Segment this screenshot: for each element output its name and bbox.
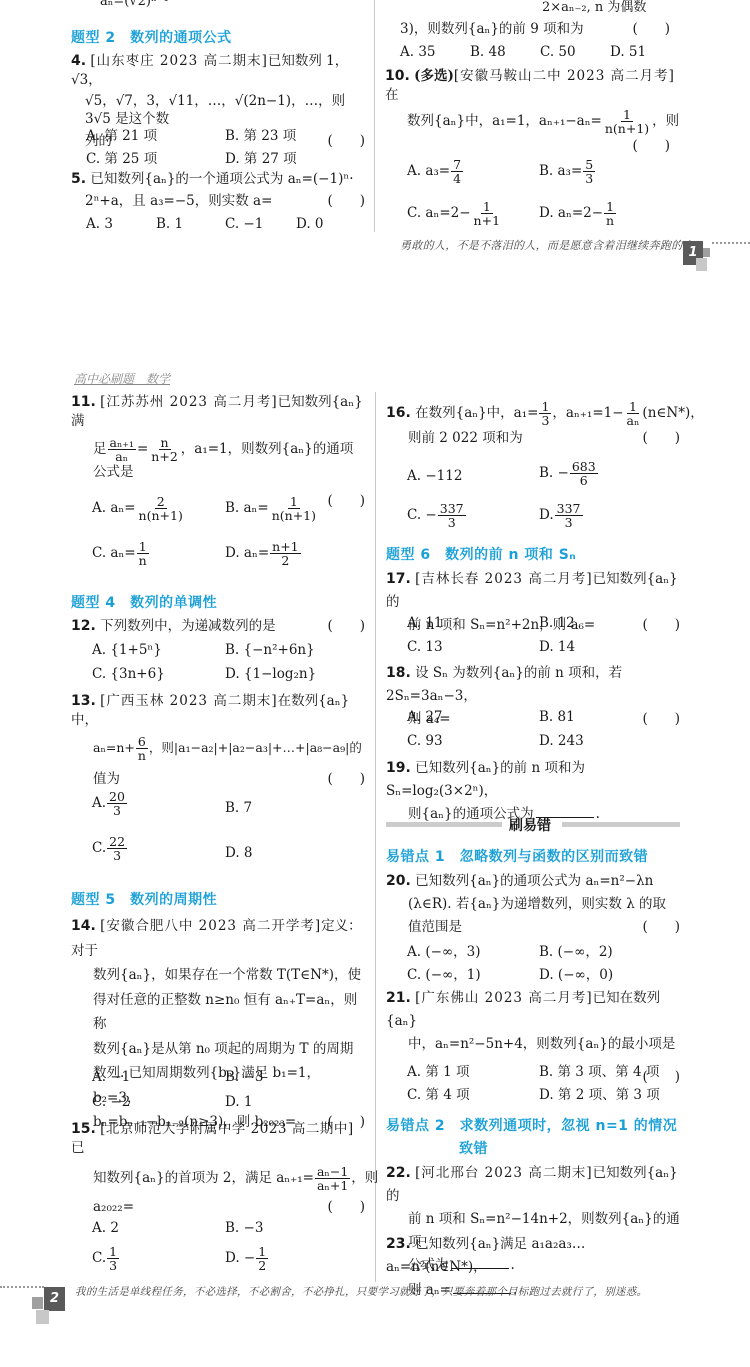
question-source: [安徽合肥八中 2023 高二开学考] xyxy=(100,918,321,934)
question-text: 知数列{aₙ}的首项为 2，满足 aₙ₊₁=aₙ−1aₙ+1，则 xyxy=(71,1165,365,1192)
option-a: A. (−∞，3) xyxy=(407,940,481,960)
q9-piecewise-fragment: 2×aₙ₋₂, n 为偶数 xyxy=(542,0,646,15)
question-text: (λ∈R). 若{aₙ}为递增数列，则实数 λ 的取 xyxy=(386,893,680,916)
option-c: C. aₙ=1n xyxy=(92,540,150,567)
option-a: A. a₃=74 xyxy=(407,158,464,185)
option-b: B. −6836 xyxy=(539,460,599,487)
section-type4-title: 题型 4 数列的单调性 xyxy=(71,592,217,612)
question-12: 12. 下列数列中，为递减数列的是( ) xyxy=(71,617,365,636)
question-number: 12. xyxy=(71,618,96,634)
option-b: B. 48 xyxy=(470,44,506,60)
answer-paren: ( ) xyxy=(327,192,365,210)
error-point-2-title-cont: 致错 xyxy=(459,1138,488,1158)
option-a: A. aₙ=2n(n+1) xyxy=(92,495,186,522)
option-a: A. −112 xyxy=(407,468,462,484)
option-c: C. 93 xyxy=(407,733,443,749)
answer-paren: ( ) xyxy=(327,132,365,150)
option-d: D. −12 xyxy=(225,1245,269,1272)
option-b: B. 第 3 项、第 4 项 xyxy=(539,1060,659,1080)
question-text: 数列{aₙ}是从第 n₀ 项起的周期为 T 的周期 xyxy=(71,1037,365,1062)
dotted-rule xyxy=(712,242,750,244)
question-number: 15. xyxy=(71,1121,96,1137)
option-c: C.13 xyxy=(92,1245,120,1272)
option-c: C. −1 xyxy=(225,216,263,232)
decorative-square xyxy=(36,1310,49,1324)
question-text: 值为 xyxy=(93,771,120,787)
option-d: D. 第 2 项、第 3 项 xyxy=(539,1083,660,1103)
decorative-square xyxy=(32,1297,43,1309)
question-number: 17. xyxy=(386,571,411,587)
option-b: B. 第 23 项 xyxy=(225,124,296,144)
option-a: A. {1+5ⁿ} xyxy=(92,642,162,658)
option-c: C. {3n+6} xyxy=(92,666,165,682)
option-b: B. aₙ=1n(n+1) xyxy=(225,495,319,522)
question-text: 3)，则数列{aₙ}的前 9 项和为 xyxy=(400,21,584,37)
option-a: A.203 xyxy=(92,790,128,817)
option-b: B. −3 xyxy=(225,1220,263,1236)
answer-paren: ( ) xyxy=(642,429,680,447)
question-source: [广西玉林 2023 高二期末] xyxy=(100,693,277,709)
question-number: 19. xyxy=(386,760,411,776)
option-b: B. 7 xyxy=(225,800,252,816)
answer-paren: ( ) xyxy=(327,492,365,510)
question-text: 已知数列{aₙ}满足 a₁a₂a₃…aₙ=n²(n∈N*)， xyxy=(386,1236,585,1275)
section-type6-title: 题型 6 数列的前 n 项和 Sₙ xyxy=(386,544,576,564)
question-text: 已知数列{aₙ}的一个通项公式为 aₙ=(−1)ⁿ· xyxy=(90,171,353,187)
question-text: 已 xyxy=(71,1140,85,1156)
error-point-2-title: 易错点 2 求数列通项时，忽视 n=1 的情况 xyxy=(386,1115,677,1135)
option-d: D. 14 xyxy=(539,639,575,655)
question-text: 值范围是 xyxy=(408,919,462,935)
dotted-rule xyxy=(0,1286,44,1288)
option-d: D. 51 xyxy=(610,44,646,60)
option-c: C.223 xyxy=(92,835,128,862)
question-source: [安徽马鞍山二中 2023 高二月考] xyxy=(454,68,675,84)
question-5: 5. 已知数列{aₙ}的一个通项公式为 aₙ=(−1)ⁿ· 2ⁿ+a，且 a₃=… xyxy=(71,170,365,210)
page-number: 2 xyxy=(44,1287,65,1311)
question-text: 数列{aₙ}中，a₁=1，aₙ₊₁−aₙ=1n(n+1)，则 xyxy=(385,108,680,135)
option-c: C. 第 4 项 xyxy=(407,1083,470,1103)
question-text: 数列{aₙ}，如果存在一个常数 T(T∈N*)，使 xyxy=(71,963,365,988)
question-text: 得对任意的正整数 n≥n₀ 恒有 aₙ₊T=aₙ，则称 xyxy=(71,988,365,1037)
question-number: 5. xyxy=(71,171,86,187)
decorative-square xyxy=(696,258,707,271)
option-a: A. 3 xyxy=(86,216,113,232)
question-source: [吉林长春 2023 高二月考] xyxy=(415,571,592,587)
question-text: 已知数列{aₙ}的通项公式为 aₙ=n²−λn xyxy=(415,873,653,889)
option-b: B. a₃=53 xyxy=(539,158,596,185)
option-c: C. 13 xyxy=(407,639,443,655)
page-2-motto: 我的生活是单线程任务，不必选择，不必割舍，不必挣扎，只要学习就好了，只要奔着那个… xyxy=(75,1284,647,1299)
question-number: 20. xyxy=(386,873,411,889)
option-a: A. 2 xyxy=(92,1220,119,1236)
divider-bar-left xyxy=(386,822,502,827)
option-d: D. (−∞，0) xyxy=(539,963,613,983)
option-c: C. aₙ=2−1n+1 xyxy=(407,200,503,227)
option-d: D. aₙ=2−1n xyxy=(539,200,617,227)
question-number: 22. xyxy=(386,1165,411,1181)
answer-paren: ( ) xyxy=(642,916,680,939)
answer-paren: ( ) xyxy=(327,770,365,788)
option-c: C. (−∞，1) xyxy=(407,963,481,983)
q3-tail-formula: aₙ=(√2)ⁿ⁻¹ xyxy=(100,0,169,9)
question-text: 已知数列{aₙ}的前 n 项和为 Sₙ=log₂(3×2ⁿ)， xyxy=(386,760,585,799)
question-text: 则前 2 022 项和为 xyxy=(408,430,523,446)
question-number: 4. xyxy=(71,53,86,69)
option-a: A. 35 xyxy=(400,44,436,60)
section-divider-title: 刷易错 xyxy=(509,815,551,835)
column-divider xyxy=(374,0,375,232)
option-b: B. (−∞，2) xyxy=(539,940,613,960)
question-number: 23. xyxy=(386,1236,411,1252)
question-source: [山东枣庄 2023 高二期末] xyxy=(90,53,267,69)
answer-paren: ( ) xyxy=(642,614,680,637)
option-a: A. 第 21 项 xyxy=(86,124,157,144)
question-source: [江苏苏州 2023 高二月考] xyxy=(100,394,277,410)
page-1-motto: 勇敢的人，不是不落泪的人，而是愿意含着泪继续奔跑的人。 xyxy=(400,237,705,253)
option-b: B. 81 xyxy=(539,709,575,725)
answer-paren: ( ) xyxy=(327,1198,365,1216)
question-source: [河北邢台 2023 高二期末] xyxy=(415,1165,592,1181)
answer-paren: ( ) xyxy=(632,20,670,38)
section-type5-title: 题型 5 数列的周期性 xyxy=(71,889,217,909)
question-number: 18. xyxy=(386,665,411,681)
option-b: B. 12 xyxy=(539,615,575,631)
option-d: D. 0 xyxy=(296,216,324,232)
option-a: A. 27 xyxy=(407,709,443,725)
answer-paren: ( ) xyxy=(632,137,670,155)
option-c: C. 50 xyxy=(540,44,576,60)
question-text: 设 Sₙ 为数列{aₙ}的前 n 项和，若 2Sₙ=3aₙ−3， xyxy=(386,665,622,704)
option-b: B. 1 xyxy=(156,216,183,232)
option-a: A. −1 xyxy=(92,1069,130,1085)
multi-select-tag: (多选) xyxy=(414,68,454,84)
decorative-square xyxy=(703,248,710,257)
section-type2-title: 题型 2 数列的通项公式 xyxy=(71,27,232,47)
question-number: 14. xyxy=(71,918,96,934)
option-a: A. 11 xyxy=(407,615,443,631)
question-text: 16. 在数列{aₙ}中，a₁=13，aₙ₊₁=1−1aₙ(n∈N*)， xyxy=(386,400,680,427)
error-point-1-title: 易错点 1 忽略数列与函数的区别而致错 xyxy=(386,846,648,866)
question-number: 10. xyxy=(385,68,410,84)
question-15: 15. [北京师范大学附属中学 2023 高二期中]已 知数列{aₙ}的首项为 … xyxy=(71,1120,365,1217)
question-source: [北京师范大学附属中学 2023 高二期中] xyxy=(100,1121,353,1137)
question-number: 11. xyxy=(71,394,96,410)
question-text: 2ⁿ+a，且 a₃=−5，则实数 a= xyxy=(85,193,272,209)
question-text: 中，aₙ=n²−5n+4，则数列{aₙ}的最小项是 xyxy=(386,1033,680,1056)
option-d: D.3373 xyxy=(539,502,584,529)
answer-paren: ( ) xyxy=(642,708,680,731)
question-text: aₙ=n+6n，则|a₁−a₂|+|a₂−a₃|+…+|a₈−a₉|的 xyxy=(71,735,365,762)
question-20: 20. 已知数列{aₙ}的通项公式为 aₙ=n²−λn (λ∈R). 若{aₙ}… xyxy=(386,870,680,939)
option-d: D. 第 27 项 xyxy=(225,147,297,167)
option-c: C. 第 25 项 xyxy=(86,147,157,167)
question-text: 下列数列中，为递减数列的是 xyxy=(100,618,276,634)
question-16: 16. 在数列{aₙ}中，a₁=13，aₙ₊₁=1−1aₙ(n∈N*)， 则前 … xyxy=(386,400,680,447)
running-header: 高中必刷题 数学 xyxy=(74,370,170,387)
option-d: D. aₙ=n+12 xyxy=(225,540,302,567)
question-text: 在 xyxy=(385,87,399,103)
option-b: B. {−n²+6n} xyxy=(225,642,315,658)
option-c: C. −2 xyxy=(92,1094,130,1110)
question-9-tail: 3)，则数列{aₙ}的前 9 项和为( ) xyxy=(400,20,680,38)
column-divider xyxy=(375,392,376,1282)
question-number: 13. xyxy=(71,693,96,709)
option-b: B. −3 xyxy=(225,1069,263,1085)
question-source: [广东佛山 2023 高二月考] xyxy=(415,990,592,1006)
question-text: 足aₙ₊₁aₙ=nn+2，a₁=1，则数列{aₙ}的通项公式是 xyxy=(71,436,365,481)
answer-paren: ( ) xyxy=(327,617,365,635)
question-10: 10. (多选)[安徽马鞍山二中 2023 高二月考]在 数列{aₙ}中，a₁=… xyxy=(385,67,680,157)
question-number: 21. xyxy=(386,990,411,1006)
question-text: a₂₀₂₂= xyxy=(93,1199,134,1215)
option-d: D. 1 xyxy=(225,1094,253,1110)
question-13: 13. [广西玉林 2023 高二期末]在数列{aₙ}中， aₙ=n+6n，则|… xyxy=(71,692,365,789)
option-d: D. 243 xyxy=(539,733,584,749)
question-11: 11. [江苏苏州 2023 高二月考]已知数列{aₙ}满 足aₙ₊₁aₙ=nn… xyxy=(71,393,365,512)
divider-bar-right xyxy=(562,822,680,827)
option-c: C. −3373 xyxy=(407,502,467,529)
option-a: A. 第 1 项 xyxy=(407,1060,470,1080)
option-d: D. {1−log₂n} xyxy=(225,666,316,682)
option-d: D. 8 xyxy=(225,845,253,861)
